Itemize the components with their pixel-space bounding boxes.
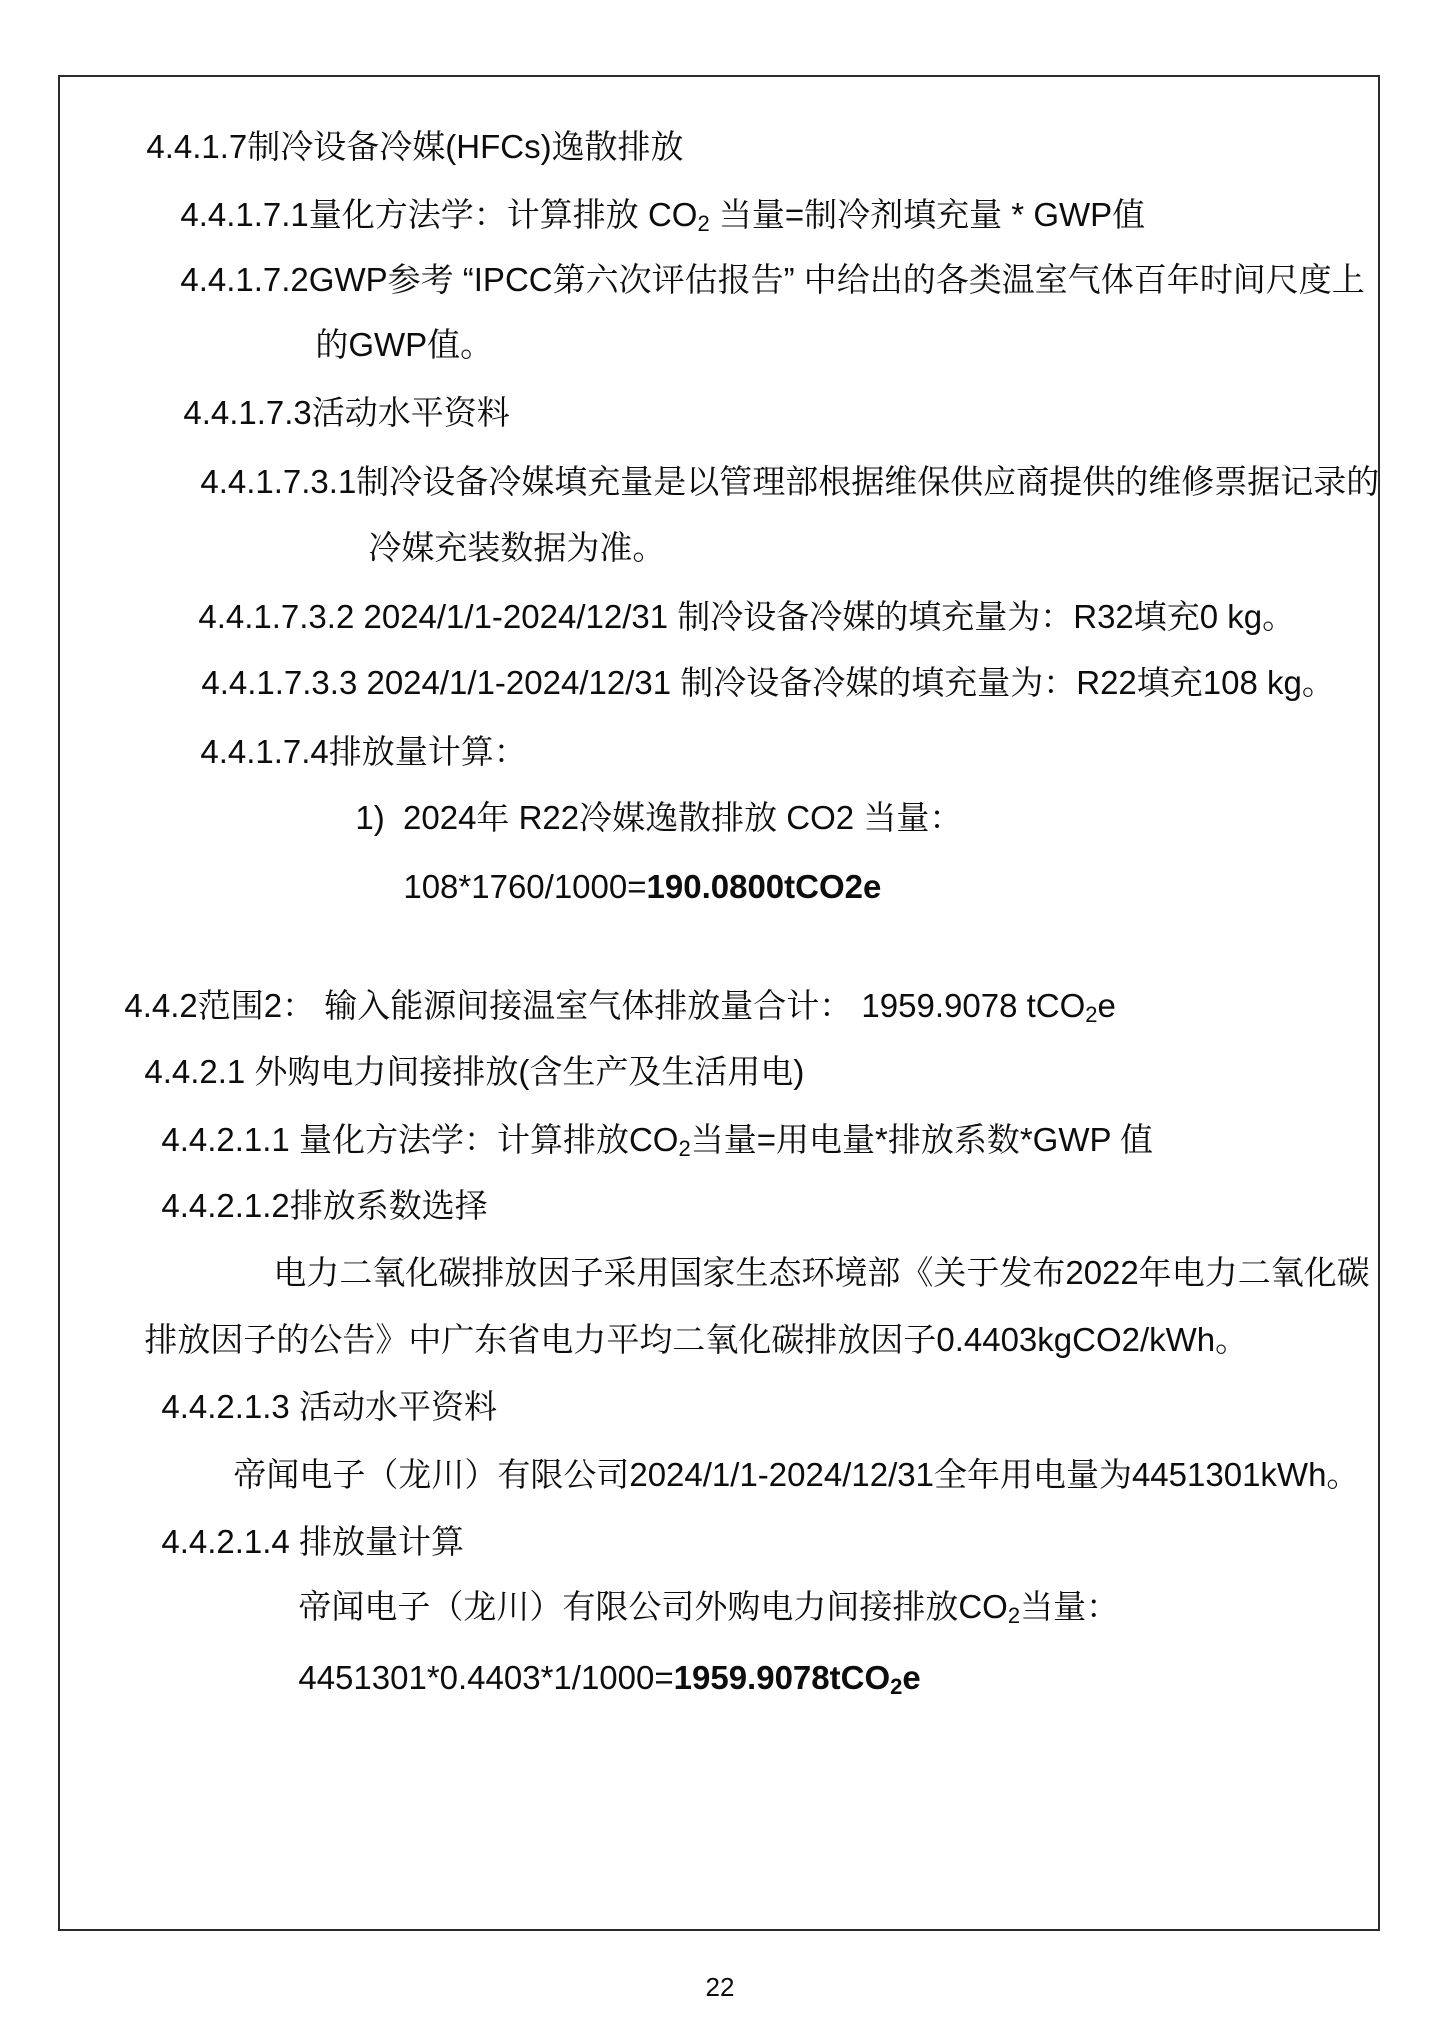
- line-text: 当量：: [1020, 1588, 1119, 1625]
- co2-subscript: 2: [1008, 1603, 1020, 1628]
- line-text: e: [1098, 987, 1116, 1024]
- line-r22-calculation-result: 108*1760/1000=190.0800tCO2e: [385, 827, 881, 907]
- line-4-4-1-7-3-activity-data: 4.4.1.7.3活动水平资料: [165, 353, 510, 433]
- line-item1-r22-co2-equivalent: 1) 2024年 R22冷媒逸散排放 CO2 当量：: [337, 758, 962, 838]
- result-value: 1959.9078tCO: [674, 1659, 890, 1696]
- co2-subscript: 2: [678, 1136, 690, 1161]
- formula-text: 4451301*0.4403*1/1000=: [298, 1659, 673, 1696]
- co2-subscript: 2: [1085, 1002, 1097, 1027]
- line-refrigerant-data-continuation: 冷媒充装数据为准。: [350, 488, 665, 568]
- result-value: 190.0800tCO2e: [647, 868, 882, 905]
- co2-subscript: 2: [890, 1674, 902, 1699]
- page-number: 22: [58, 1972, 1382, 2003]
- line-electricity-calculation-result: 4451301*0.4403*1/1000=1959.9078tCO2e: [280, 1618, 921, 1707]
- result-value: e: [902, 1659, 920, 1696]
- line-text: 当量=用电量*排放系数*GWP 值: [691, 1121, 1153, 1158]
- line-4-4-1-7-3-3-r22-fill: 4.4.1.7.3.3 2024/1/1-2024/12/31 制冷设备冷媒的填…: [183, 623, 1335, 703]
- formula-text: 108*1760/1000=: [403, 868, 646, 905]
